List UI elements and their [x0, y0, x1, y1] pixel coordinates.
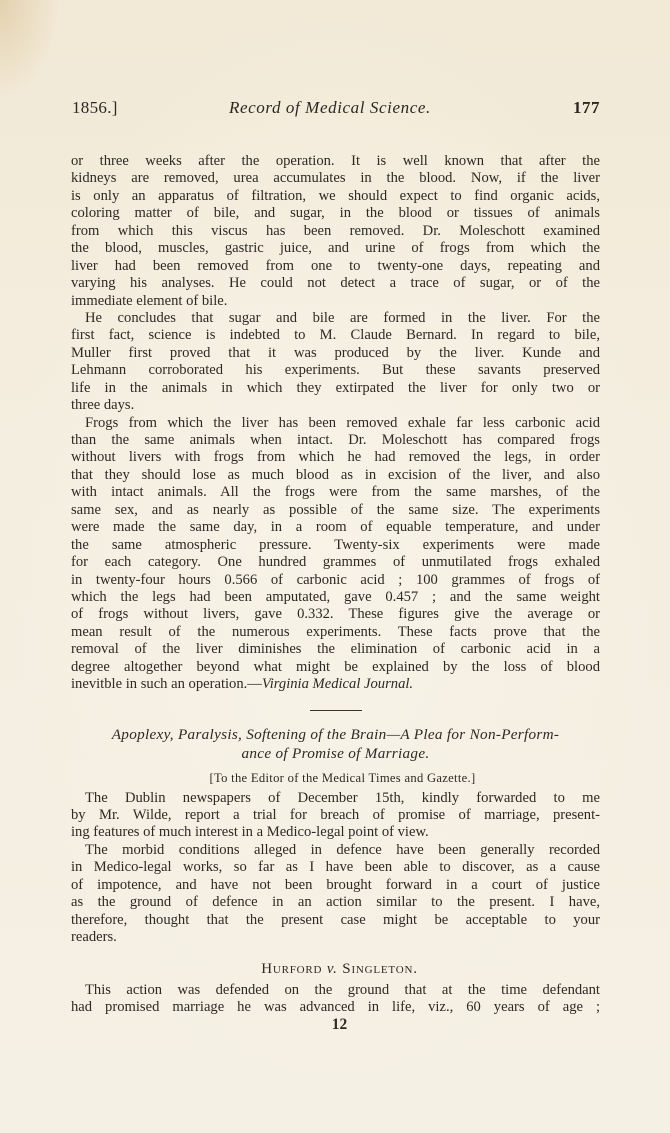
text-line-end: inevitble in such an operation.—: [71, 676, 262, 692]
text-line: He concludes that sugar and bile are for…: [71, 310, 600, 327]
text-line: Frogs from which the liver has been remo…: [71, 415, 600, 432]
text-line: of frogs without livers, gave 0.332. The…: [71, 606, 600, 623]
paragraph: The Dublin newspapers of December 15th, …: [71, 790, 600, 842]
text-line: for each category. One hundred grammes o…: [71, 554, 600, 571]
running-head-title: Record of Medical Science.: [229, 98, 431, 118]
paragraph: or three weeks after the operation. It i…: [71, 153, 600, 310]
paragraph: This action was defended on the ground t…: [71, 982, 600, 1017]
page-number: 177: [573, 98, 600, 118]
paragraph: Frogs from which the liver has been remo…: [71, 415, 600, 694]
text-line: varying his analyses. He could not detec…: [71, 275, 600, 292]
text-line: immediate element of bile.: [71, 293, 600, 310]
text-line: in Medico-legal works, so far as I have …: [71, 859, 600, 876]
text-line: inevitble in such an operation.—Virginia…: [71, 676, 600, 693]
text-line: This action was defended on the ground t…: [71, 982, 600, 999]
text-line: The morbid conditions alleged in defence…: [71, 842, 600, 859]
text-line: of impotence, and have not been brought …: [71, 877, 600, 894]
article-liver-continued: or three weeks after the operation. It i…: [71, 153, 600, 694]
text-line: or three weeks after the operation. It i…: [71, 153, 600, 170]
text-line: three days.: [71, 397, 600, 414]
article-title-line-2: ance of Promise of Marriage.: [71, 744, 600, 763]
text-line: were made the same day, in a room of equ…: [71, 519, 600, 536]
section-divider: [310, 710, 362, 711]
text-line: The Dublin newspapers of December 15th, …: [71, 790, 600, 807]
text-line: than the same animals when intact. Dr. M…: [71, 432, 600, 449]
case-versus: v.: [327, 961, 338, 977]
text-line: kidneys are removed, urea accumulates in…: [71, 170, 600, 187]
case-body: This action was defended on the ground t…: [71, 982, 600, 1017]
case-title: Hurford v. Singleton.: [71, 961, 600, 978]
signature-mark: 12: [71, 1016, 600, 1034]
text-line: as the ground of defence in an action si…: [71, 894, 600, 911]
text-line: mean result of the numerous experiments.…: [71, 624, 600, 641]
running-head: 1856.] Record of Medical Science. 177: [71, 98, 600, 124]
article-title-line-1: Apoplexy, Paralysis, Softening of the Br…: [71, 725, 600, 744]
text-line: with intact animals. All the frogs were …: [71, 484, 600, 501]
running-head-year: 1856.]: [72, 98, 118, 118]
text-line: the same atmospheric pressure. Twenty-si…: [71, 537, 600, 554]
text-line: by Mr. Wilde, report a trial for breach …: [71, 807, 600, 824]
text-line: without livers with frogs from which he …: [71, 449, 600, 466]
text-line: from which this viscus has been removed.…: [71, 223, 600, 240]
text-line: first fact, science is indebted to M. Cl…: [71, 327, 600, 344]
text-line: ing features of much interest in a Medic…: [71, 824, 600, 841]
case-plaintiff: Hurford: [261, 961, 322, 977]
text-line: Lehmann corroborated his experiments. Bu…: [71, 362, 600, 379]
paragraph: He concludes that sugar and bile are for…: [71, 310, 600, 415]
text-line: Muller first proved that it was produced…: [71, 345, 600, 362]
text-line: degree altogether beyond what might be e…: [71, 659, 600, 676]
case-defendant: Singleton.: [342, 961, 418, 977]
text-line: removal of the liver diminishes the elim…: [71, 641, 600, 658]
text-line: therefore, thought that the present case…: [71, 912, 600, 929]
source-citation: Virginia Medical Journal.: [262, 676, 413, 692]
text-line: had promised marriage he was advanced in…: [71, 999, 600, 1016]
text-line: life in the animals in which they extirp…: [71, 380, 600, 397]
text-line: coloring matter of bile, and sugar, in t…: [71, 205, 600, 222]
text-line: is only an apparatus of filtration, we s…: [71, 188, 600, 205]
text-line: which the legs had been amputated, gave …: [71, 589, 600, 606]
text-line: same sex, and as nearly as possible of t…: [71, 502, 600, 519]
text-line: in twenty-four hours 0.566 of carbonic a…: [71, 572, 600, 589]
text-line: readers.: [71, 929, 600, 946]
paragraph: The morbid conditions alleged in defence…: [71, 842, 600, 947]
text-line: that they should lose as much blood as i…: [71, 467, 600, 484]
book-page: 1856.] Record of Medical Science. 177 or…: [71, 98, 600, 1034]
article-title: Apoplexy, Paralysis, Softening of the Br…: [71, 725, 600, 763]
text-line: the blood, muscles, gastric juice, and u…: [71, 240, 600, 257]
editor-note: [To the Editor of the Medical Times and …: [71, 771, 600, 786]
text-line: liver had been removed from one to twent…: [71, 258, 600, 275]
article-apoplexy-body: The Dublin newspapers of December 15th, …: [71, 790, 600, 947]
